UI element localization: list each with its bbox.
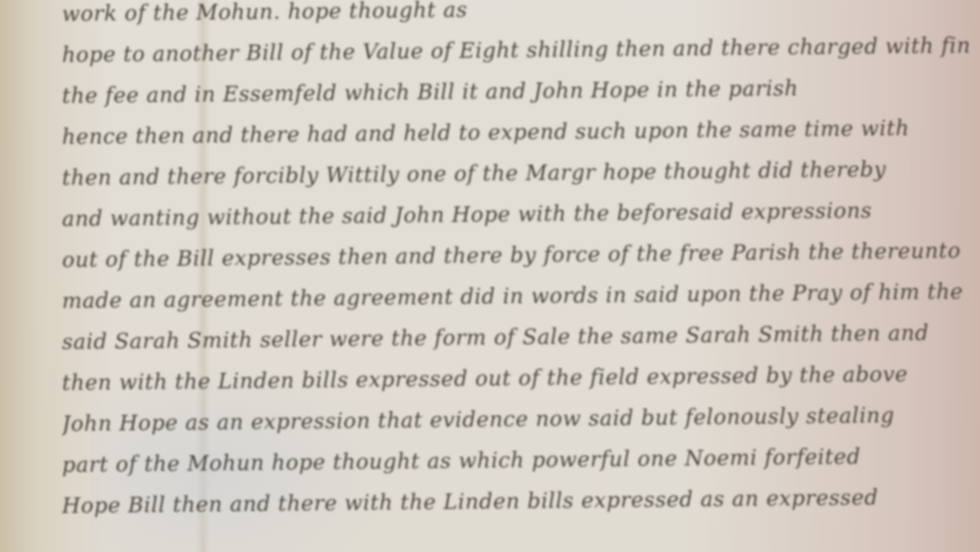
text-line: Hope Bill then and there with the Linden… <box>62 476 970 527</box>
handwritten-text: work of the Mohun. hope thought as hope … <box>62 0 970 527</box>
